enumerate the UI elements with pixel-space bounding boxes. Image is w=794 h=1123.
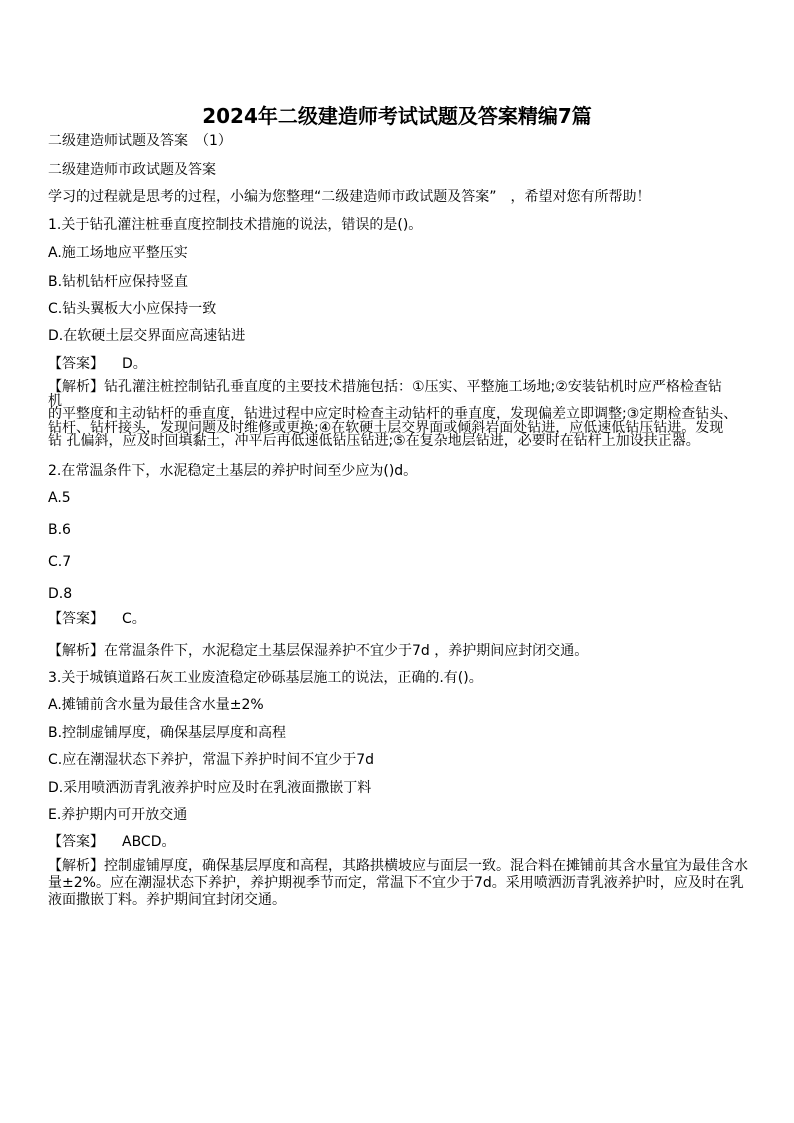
analysis-line: 【解析】在常温条件下，水泥稳定土基层保湿养护不宜少于7d ，养护期间应封闭交通。 bbox=[48, 640, 588, 660]
question-3-option-a: A.摊铺前含水量为最佳含水量±2% bbox=[48, 697, 264, 713]
question-3-answer-line: 【答案】ABCD。 bbox=[48, 834, 176, 850]
question-1-analysis-block: 【解析】钻孔灌注桩控制钻孔垂直度的主要技术措施包括：①压实、平整施工场地;②安装… bbox=[48, 381, 737, 449]
question-3-option-d: D.采用喷洒沥青乳液养护时应及时在乳液面撒嵌丁料 bbox=[48, 780, 371, 796]
question-1-option-a: A.施工场地应平整压实 bbox=[48, 245, 188, 261]
question-1-option-b: B.钻机钻杆应保持竖直 bbox=[48, 274, 188, 290]
section-heading: 二级建造师市政试题及答案 bbox=[48, 162, 216, 178]
analysis-line: 【解析】控制虚铺厚度，确保基层厚度和高程，其路拱横坡应与面层一致。混合料在摊铺前… bbox=[48, 858, 748, 875]
answer-label: 【答案】 bbox=[48, 834, 104, 850]
analysis-line: 液面撒嵌丁料。养护期间宜封闭交通。 bbox=[48, 892, 748, 909]
question-2-answer-line: 【答案】C。 bbox=[48, 611, 146, 627]
question-1-option-d: D.在软硬土层交界面应高速钻进 bbox=[48, 328, 245, 344]
doc-title: 2024年二级建造师考试试题及答案精编7篇 bbox=[0, 100, 794, 129]
question-3-option-e: E.养护期内可开放交通 bbox=[48, 807, 187, 823]
question-3-analysis-block: 【解析】控制虚铺厚度，确保基层厚度和高程，其路拱横坡应与面层一致。混合料在摊铺前… bbox=[48, 858, 748, 909]
question-2-option-c: C.7 bbox=[48, 554, 71, 570]
question-3-option-c: C.应在潮湿状态下养护，常温下养护时间不宜少于7d bbox=[48, 752, 374, 768]
question-3-stem: 3.关于城镇道路石灰工业废渣稳定砂砾基层施工的说法，正确的.有()。 bbox=[48, 670, 483, 686]
intro-text: 学习的过程就是思考的过程，小编为您整理“二级建造师市政试题及答案” ，希望对您有… bbox=[48, 189, 651, 205]
question-1-option-c: C.钻头翼板大小应保持一致 bbox=[48, 301, 216, 317]
answer-value: D。 bbox=[122, 356, 147, 372]
answer-label: 【答案】 bbox=[48, 611, 104, 627]
question-2-option-b: B.6 bbox=[48, 522, 71, 538]
question-2-option-d: D.8 bbox=[48, 586, 72, 602]
document-page: 2024年二级建造师考试试题及答案精编7篇 二级建造师试题及答案 （1） 二级建… bbox=[0, 0, 794, 1123]
analysis-line: 钻 孔偏斜，应及时回填黏土，冲平后再低速低钻压钻进;⑤在复杂地层钻进，必要时在钻… bbox=[48, 435, 737, 449]
question-3-option-b: B.控制虚铺厚度，确保基层厚度和高程 bbox=[48, 725, 286, 741]
answer-value: ABCD。 bbox=[122, 834, 176, 850]
analysis-line: 量±2%。应在潮湿状态下养护，养护期视季节而定，常温下不宜少于7d。采用喷洒沥青… bbox=[48, 875, 748, 892]
question-2-option-a: A.5 bbox=[48, 490, 71, 506]
analysis-line: 【解析】钻孔灌注桩控制钻孔垂直度的主要技术措施包括：①压实、平整施工场地;②安装… bbox=[48, 381, 737, 395]
question-1-stem: 1.关于钻孔灌注桩垂直度控制技术措施的说法，错误的是()。 bbox=[48, 217, 422, 233]
answer-label: 【答案】 bbox=[48, 356, 104, 372]
question-2-stem: 2.在常温条件下，水泥稳定土基层的养护时间至少应为()d。 bbox=[48, 463, 417, 479]
answer-value: C。 bbox=[122, 611, 146, 627]
question-1-answer-line: 【答案】D。 bbox=[48, 356, 147, 372]
question-2-analysis-block: 【解析】在常温条件下，水泥稳定土基层保湿养护不宜少于7d ，养护期间应封闭交通。 bbox=[48, 640, 588, 660]
series-heading: 二级建造师试题及答案 （1） bbox=[48, 133, 232, 149]
